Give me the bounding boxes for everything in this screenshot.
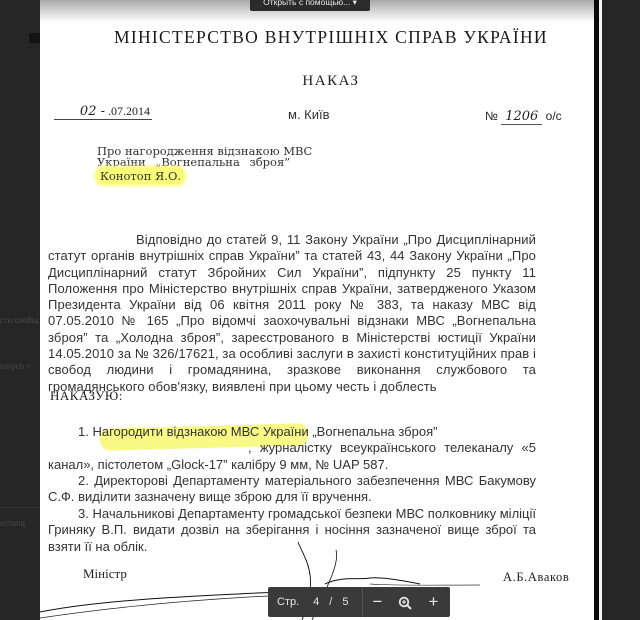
date-printed: .07.2014 xyxy=(108,104,150,118)
order-heading: НАКАЗУЮ: xyxy=(50,388,123,404)
order-item-text: 1. Нагородити відзнакою МВС України „Вог… xyxy=(48,424,536,440)
city: м. Київ xyxy=(288,107,330,122)
number-handwritten: 1206 xyxy=(501,109,542,125)
open-with-button[interactable]: Открыть с помощью... ▾ xyxy=(250,0,370,11)
background-text-snippet: сти сообщ xyxy=(0,316,40,325)
magnifier-icon xyxy=(398,596,412,610)
order-item-1: 1. Нагородити відзнакою МВС України „Вог… xyxy=(48,424,536,473)
order-item-3: 3. Начальникові Департаменту громадської… xyxy=(48,506,536,555)
order-item-2: 2. Директорові Департаменту матеріальног… xyxy=(48,473,536,506)
document-type: НАКАЗ xyxy=(40,73,594,90)
signatory-name: А.Б.Аваков xyxy=(503,570,569,585)
folder-icon xyxy=(29,33,40,43)
background-text-snippet: runych < xyxy=(0,362,40,371)
order-date: 02 - .07.2014 xyxy=(54,104,152,120)
page-toolbar: Стр. 4 / 5 − + xyxy=(268,587,450,617)
preamble-paragraph: Відповідно до статей 9, 11 Закону Україн… xyxy=(48,232,536,395)
current-page-input[interactable]: 4 xyxy=(313,596,319,608)
zoom-fit-button[interactable] xyxy=(391,587,419,617)
order-item-text: , журналістку всеукраїнського телеканалу… xyxy=(48,440,536,473)
page-label: Стр. xyxy=(277,596,299,608)
background-app-panel: сти сообщ runych < сстапц xyxy=(0,0,40,620)
number-suffix: о/с xyxy=(546,109,562,123)
open-with-label: Открыть с помощью... xyxy=(263,0,350,7)
order-subject: Про нагородження відзнакою МВС України „… xyxy=(97,146,312,182)
number-prefix: № xyxy=(485,109,498,123)
signatory-title: Міністр xyxy=(83,566,127,582)
subject-line: України „Вогнепальна зброя” xyxy=(97,157,312,168)
document-page[interactable]: МІНІСТЕРСТВО ВНУТРІШНІХ СПРАВ УКРАЇНИ НА… xyxy=(40,0,594,620)
background-text-snippet: сстапц xyxy=(0,519,40,528)
viewer-scrollbar-area[interactable] xyxy=(602,0,640,620)
chevron-down-icon: ▾ xyxy=(353,0,357,7)
date-handwritten: 02 - xyxy=(80,104,105,119)
divider xyxy=(0,507,40,508)
page-separator: / xyxy=(329,596,332,608)
highlighted-name: Конотоп Я.О. xyxy=(97,168,184,184)
order-number: № 1206 о/с xyxy=(485,109,562,124)
zoom-in-button[interactable]: + xyxy=(419,587,447,617)
total-pages: 5 xyxy=(342,596,348,608)
zoom-out-button[interactable]: − xyxy=(363,587,391,617)
ministry-header: МІНІСТЕРСТВО ВНУТРІШНІХ СПРАВ УКРАЇНИ xyxy=(114,27,548,48)
